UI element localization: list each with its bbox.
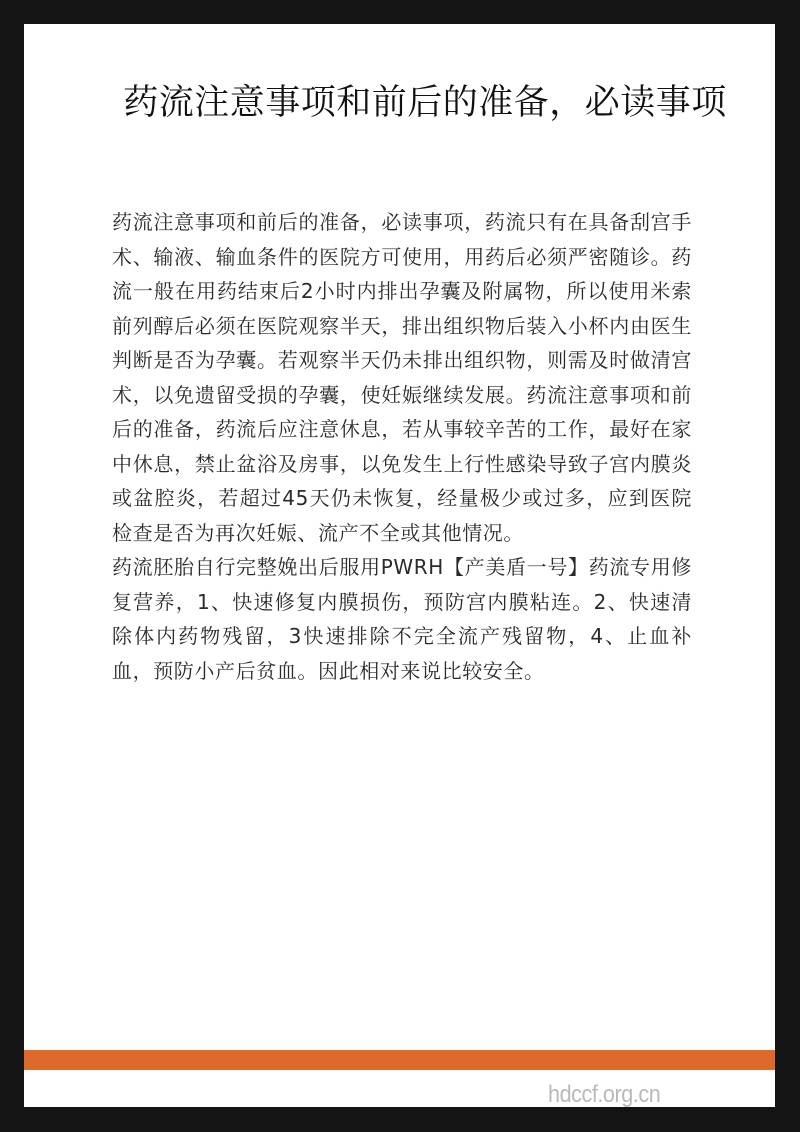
- site-watermark: hdccf.org.cn: [548, 1082, 660, 1108]
- orange-accent-bar: [24, 1050, 775, 1070]
- paragraph-1: 药流注意事项和前后的准备，必读事项，药流只有在具备刮宫手术、输液、输血条件的医院…: [112, 205, 692, 550]
- page-title: 药流注意事项和前后的准备，必读事项: [110, 82, 740, 124]
- document-page: 药流注意事项和前后的准备，必读事项 药流注意事项和前后的准备，必读事项，药流只有…: [24, 24, 775, 1107]
- paragraph-2: 药流胚胎自行完整娩出后服用PWRH【产美盾一号】药流专用修复营养，1、快速修复内…: [112, 550, 692, 688]
- article-body: 药流注意事项和前后的准备，必读事项，药流只有在具备刮宫手术、输液、输血条件的医院…: [112, 205, 692, 688]
